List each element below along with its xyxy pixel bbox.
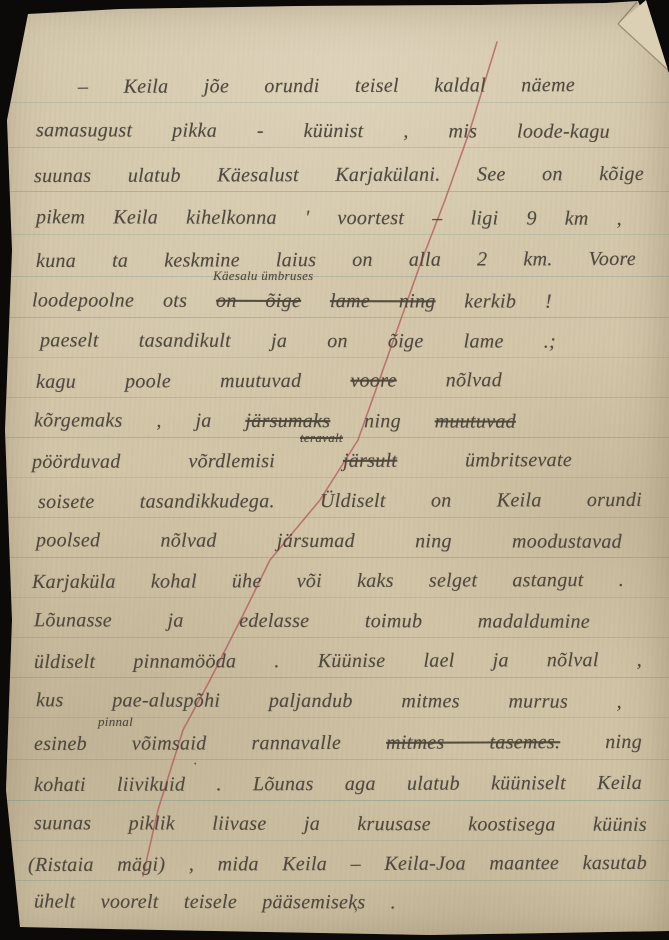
manuscript-page: – Keila jõe orundi teisel kaldal näemesa… [0,0,669,940]
interline-insertion: teravalt [300,430,343,445]
handwritten-text: esineb võimsaid rannavalle [34,732,341,755]
handwritten-text: kagu poole muutuvad [36,370,301,393]
handwritten-line: üldiselt pinnamööda . Küünise lael ja nõ… [34,648,642,675]
handwritten-text: kõrgemaks , ja [34,409,212,431]
handwritten-text: ümbritsevate [465,449,572,471]
struck-text: on õige [216,290,301,312]
handwritten-text: (Ristaia mägi) , mida Keila – Keila-Joa … [28,852,647,876]
handwritten-text: ning [364,410,401,432]
scan-background: – Keila jõe orundi teisel kaldal näemesa… [0,0,669,940]
handwritten-line: paeselt tasandikult ja on õige lame .; [40,328,556,354]
handwritten-text: soisete tasandikkudega. Üldiselt on Keil… [38,489,642,513]
handwritten-line: kuna ta keskmine laius on alla 2 km. Voo… [36,247,636,274]
handwritten-line: suunas ulatub Käesalust Karjakülani. See… [34,162,644,189]
handwritten-text: ning [605,731,642,753]
handwritten-text: Karjaküla kohal ühe või kaks selget asta… [32,569,624,593]
handwritten-line: kõrgemaks , ja järsumaks ning muutuvad [34,408,516,434]
struck-text: mitmes tasemes. [386,731,560,754]
stray-pencil-mark: ’ [352,906,357,924]
stray-pencil-mark: · [193,756,197,774]
handwritten-text: kohati liivikuid . Lõunas aga ulatub küü… [34,772,642,796]
struck-text: lame ning [330,290,436,312]
handwritten-line: – Keila jõe orundi teisel kaldal näeme [78,73,575,100]
handwritten-line: ühelt voorelt teisele pääsemiseks . [34,890,396,916]
handwritten-line: pöörduvad võrdlemisi järsult ümbritsevat… [32,448,572,475]
interline-insertion: Käesalu ümbruses [213,268,314,283]
handwritten-text: kus pae-aluspõhi paljandub mitmes murrus… [36,689,622,713]
struck-text: muutuvad [435,410,516,432]
handwritten-text: poolsed nõlvad järsumad ning moodustavad [36,529,622,553]
handwritten-line: kus pae-aluspõhi paljandub mitmes murrus… [36,688,622,715]
handwritten-line: Lõunasse ja edelasse toimub madaldumine [34,608,590,634]
handwriting-layer: – Keila jõe orundi teisel kaldal näemesa… [0,0,669,940]
handwritten-line: pikem Keila kihelkonna ' voortest – ligi… [36,205,622,232]
interline-insertion: pinnal [98,714,133,729]
handwritten-text: loodepoolne ots [32,289,187,311]
handwritten-text: paeselt tasandikult ja on õige lame .; [40,329,556,352]
struck-text: järsult [343,450,397,472]
handwritten-text: ühelt voorelt teisele pääsemiseks . [34,891,396,914]
handwritten-text: nõlvad [446,369,502,391]
struck-text: järsumaks [245,410,330,432]
handwritten-line: kohati liivikuid . Lõunas aga ulatub küü… [34,771,642,798]
handwritten-line: kagu poole muutuvad voore nõlvad [36,368,502,395]
handwritten-text: kerkib ! [464,290,552,312]
handwritten-text: – Keila jõe orundi teisel kaldal näeme [78,74,575,98]
handwritten-text: suunas ulatub Käesalust Karjakülani. See… [34,163,644,187]
handwritten-line: Karjaküla kohal ühe või kaks selget asta… [32,568,624,595]
handwritten-line: poolsed nõlvad järsumad ning moodustavad [36,528,622,555]
handwritten-line: esineb võimsaid rannavalle mitmes taseme… [34,730,642,757]
struck-text: voore [350,370,396,392]
handwritten-line: (Ristaia mägi) , mida Keila – Keila-Joa … [28,851,647,878]
handwritten-text: suunas piklik liivase ja kruusase koosti… [34,812,647,836]
handwritten-line: soisete tasandikkudega. Üldiselt on Keil… [38,488,642,515]
handwritten-text: pikem Keila kihelkonna ' voortest – ligi… [36,206,622,230]
handwritten-text: kuna ta keskmine laius on alla 2 km. Voo… [36,248,636,272]
handwritten-line: loodepoolne ots on õige lame ning kerkib… [32,288,552,314]
handwritten-line: samasugust pikka - küünist , mis loode-k… [36,118,610,145]
handwritten-line: suunas piklik liivase ja kruusase koosti… [34,811,647,838]
handwritten-text: samasugust pikka - küünist , mis loode-k… [36,119,610,143]
handwritten-text: pöörduvad võrdlemisi [32,450,275,473]
handwritten-text: üldiselt pinnamööda . Küünise lael ja nõ… [34,649,642,673]
handwritten-text: Lõunasse ja edelasse toimub madaldumine [34,609,590,632]
